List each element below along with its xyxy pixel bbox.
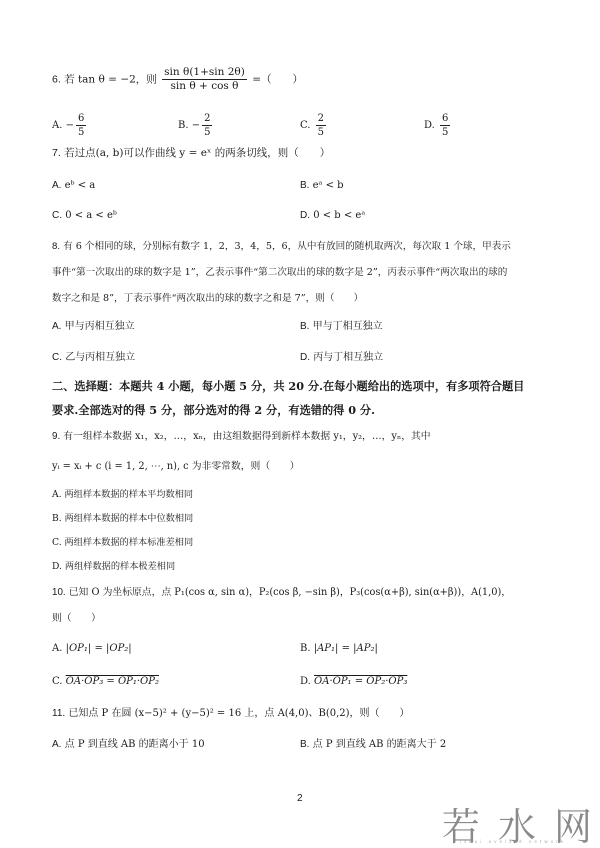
option-label: A. (52, 643, 62, 654)
option-d[interactable]: D. OA·OP₁ = OP₂·OP₃ (300, 675, 407, 689)
option-text: 点 P 到直线 AB 的距离小于 10 (65, 739, 205, 750)
option-text: eᵇ < a (65, 180, 96, 191)
question-stem-line: yᵢ = xᵢ + c (i = 1, 2, ⋯, n), c 为非零常数，则（… (52, 461, 300, 472)
fraction-numerator: 6 (440, 112, 450, 126)
question-stem-line: 事件“第一次取出的球的数字是 1”，乙表示事件“第二次取出的球的数字是 2”，丙… (52, 267, 507, 278)
option-text: 0 < a < eᵇ (65, 210, 117, 221)
question-stem: 已知点 P 在圆 (x−5)² + (y−5)² = 16 上，点 A(4,0)… (68, 708, 409, 719)
option-c[interactable]: C. 0 < a < eᵇ (52, 209, 117, 223)
fraction-denominator: 5 (440, 126, 450, 139)
question-number: 10. (52, 587, 66, 598)
section-2-heading-line-2: 要求.全部选对的得 5 分，部分选对的得 2 分，有选错的得 0 分. (52, 402, 375, 418)
option-c[interactable]: C. 25 (300, 112, 328, 139)
option-a[interactable]: A. 点 P 到直线 AB 的距离小于 10 (52, 738, 205, 752)
question-8-stem-line-2: 事件“第一次取出的球的数字是 1”，乙表示事件“第二次取出的球的数字是 2”，丙… (52, 266, 507, 280)
option-b[interactable]: B. 点 P 到直线 AB 的距离大于 2 (300, 738, 446, 752)
option-label: B. (300, 739, 309, 750)
fraction-denominator: 5 (76, 126, 86, 139)
option-text: 甲与丁相互独立 (313, 321, 383, 332)
option-a[interactable]: A. |OP₁| = |OP₂| (52, 642, 132, 656)
option-b[interactable]: B. −25 (178, 112, 214, 139)
option-label: D. (300, 210, 310, 221)
option-b[interactable]: B. eᵃ < b (300, 179, 344, 193)
option-text: eᵃ < b (313, 180, 344, 191)
question-stem: 若过点(a, b)可以作曲线 y = eˣ 的两条切线，则（ ） (64, 147, 330, 159)
watermark-subtitle: ishui ovelard network (460, 839, 566, 844)
question-10-stem-line-1: 10. 已知 O 为坐标原点，点 P₁(cos α, sin α)，P₂(cos… (52, 586, 511, 600)
option-text: 0 < b < eᵃ (313, 210, 365, 221)
question-8-stem-line-1: 8. 有 6 个相同的球，分别标有数字 1，2，3，4，5，6，从中有放回的随机… (52, 240, 511, 254)
question-stem-line: 数字之和是 8”，丁表示事件“两次取出的球的数字之和是 7”，则（ ） (52, 293, 363, 304)
option-label: D. (52, 561, 62, 572)
option-text: 丙与丁相互独立 (313, 352, 383, 363)
question-8-stem-line-3: 数字之和是 8”，丁表示事件“两次取出的球的数字之和是 7”，则（ ） (52, 292, 363, 306)
question-number: 11. (52, 708, 65, 719)
question-stem-line: 有一组样本数据 x₁，x₂，…，xₙ，由这组数据得到新样本数据 y₁，y₂，…，… (63, 431, 430, 442)
option-label: B. (52, 513, 62, 524)
option-c[interactable]: C. 两组样本数据的样本标准差相同 (52, 536, 193, 550)
option-text: 点 P 到直线 AB 的距离大于 2 (313, 739, 447, 750)
fraction: 65 (76, 112, 86, 139)
option-label: D. (424, 120, 435, 131)
option-label: C. (52, 676, 62, 687)
option-sign: − (66, 120, 74, 131)
option-sign: − (192, 120, 200, 131)
option-d[interactable]: D. 0 < b < eᵃ (300, 209, 365, 223)
option-text: 两组样本数据的样本平均数相同 (64, 489, 193, 500)
option-label: A. (52, 489, 62, 500)
question-stem-line: 已知 O 为坐标原点，点 P₁(cos α, sin α)，P₂(cos β, … (69, 587, 511, 598)
question-number: 7. (52, 147, 61, 159)
question-number: 6. (52, 74, 61, 86)
option-text: 乙与丙相互独立 (65, 352, 135, 363)
option-text: 两组样数据的样本极差相同 (65, 561, 175, 572)
option-c[interactable]: C. 乙与丙相互独立 (52, 351, 135, 365)
option-label: C. (52, 210, 62, 221)
option-text: |OP₁| = |OP₂| (66, 643, 132, 654)
option-label: C. (52, 537, 62, 548)
option-label: B. (300, 180, 309, 191)
question-11-stem: 11. 已知点 P 在圆 (x−5)² + (y−5)² = 16 上，点 A(… (52, 707, 410, 721)
option-a[interactable]: A. eᵇ < a (52, 179, 95, 193)
option-text: 甲与丙相互独立 (65, 321, 135, 332)
fraction-denominator: 5 (316, 126, 326, 139)
fraction: 25 (202, 112, 212, 139)
option-label: A. (52, 180, 61, 191)
fraction-denominator: sin θ + cos θ (162, 80, 247, 93)
option-label: B. (300, 321, 309, 332)
fraction-numerator: 2 (202, 112, 212, 126)
option-label: C. (300, 120, 310, 131)
option-label: D. (300, 352, 310, 363)
option-label: A. (52, 739, 61, 750)
option-a[interactable]: A. −65 (52, 112, 88, 139)
option-label: D. (300, 676, 311, 687)
section-heading-text: 要求.全部选对的得 5 分，部分选对的得 2 分，有选错的得 0 分. (52, 403, 375, 417)
option-d[interactable]: D. 丙与丁相互独立 (300, 351, 383, 365)
option-b[interactable]: B. |AP₁| = |AP₂| (300, 642, 378, 656)
fraction: 65 (440, 112, 450, 139)
option-c[interactable]: C. OA·OP₃ = OP₁·OP₂ (52, 675, 159, 689)
section-heading-text: 二、选择题：本题共 4 小题，每小题 5 分，共 20 分.在每小题给出的选项中… (52, 379, 524, 393)
option-text: OA·OP₃ = OP₁·OP₂ (66, 676, 159, 687)
option-label: A. (52, 120, 62, 131)
option-label: A. (52, 321, 61, 332)
option-b[interactable]: B. 两组样本数据的样本中位数相同 (52, 512, 193, 526)
question-stem-line: 有 6 个相同的球，分别标有数字 1，2，3，4，5，6，从中有放回的随机取两次… (63, 241, 511, 252)
fraction: sin θ(1+sin 2θ) sin θ + cos θ (162, 66, 247, 93)
question-9-stem-line-2: yᵢ = xᵢ + c (i = 1, 2, ⋯, n), c 为非零常数，则（… (52, 460, 300, 474)
question-number: 8. (52, 241, 60, 252)
option-text: OA·OP₁ = OP₂·OP₃ (314, 676, 407, 687)
page-number: 2 (297, 793, 303, 804)
question-10-stem-line-2: 则（ ） (52, 612, 101, 626)
question-stem-line: 则（ ） (52, 613, 101, 624)
question-stem-suffix: =（ ） (252, 74, 303, 86)
section-2-heading-line-1: 二、选择题：本题共 4 小题，每小题 5 分，共 20 分.在每小题给出的选项中… (52, 378, 524, 394)
question-6-stem: 6. 若 tan θ = −2，则 sin θ(1+sin 2θ) sin θ … (52, 66, 303, 93)
fraction-numerator: sin θ(1+sin 2θ) (162, 66, 247, 80)
fraction-numerator: 6 (76, 112, 86, 126)
question-9-stem-line-1: 9. 有一组样本数据 x₁，x₂，…，xₙ，由这组数据得到新样本数据 y₁，y₂… (52, 430, 431, 444)
fraction-numerator: 2 (316, 112, 326, 126)
option-label: B. (178, 120, 189, 131)
question-7-stem: 7. 若过点(a, b)可以作曲线 y = eˣ 的两条切线，则（ ） (52, 146, 330, 160)
option-text: 两组样本数据的样本标准差相同 (65, 537, 194, 548)
option-b[interactable]: B. 甲与丁相互独立 (300, 320, 383, 334)
option-text: |AP₁| = |AP₂| (314, 643, 378, 654)
option-a[interactable]: A. 两组样本数据的样本平均数相同 (52, 488, 193, 502)
option-label: B. (300, 643, 311, 654)
question-number: 9. (52, 431, 60, 442)
option-a[interactable]: A. 甲与丙相互独立 (52, 320, 135, 334)
question-stem-prefix: 若 tan θ = −2，则 (64, 74, 157, 86)
option-label: C. (52, 352, 62, 363)
option-text: 两组样本数据的样本中位数相同 (65, 513, 194, 524)
fraction: 25 (316, 112, 326, 139)
option-d[interactable]: D. 65 (424, 112, 452, 139)
option-d[interactable]: D. 两组样数据的样本极差相同 (52, 560, 175, 574)
fraction-denominator: 5 (202, 126, 212, 139)
